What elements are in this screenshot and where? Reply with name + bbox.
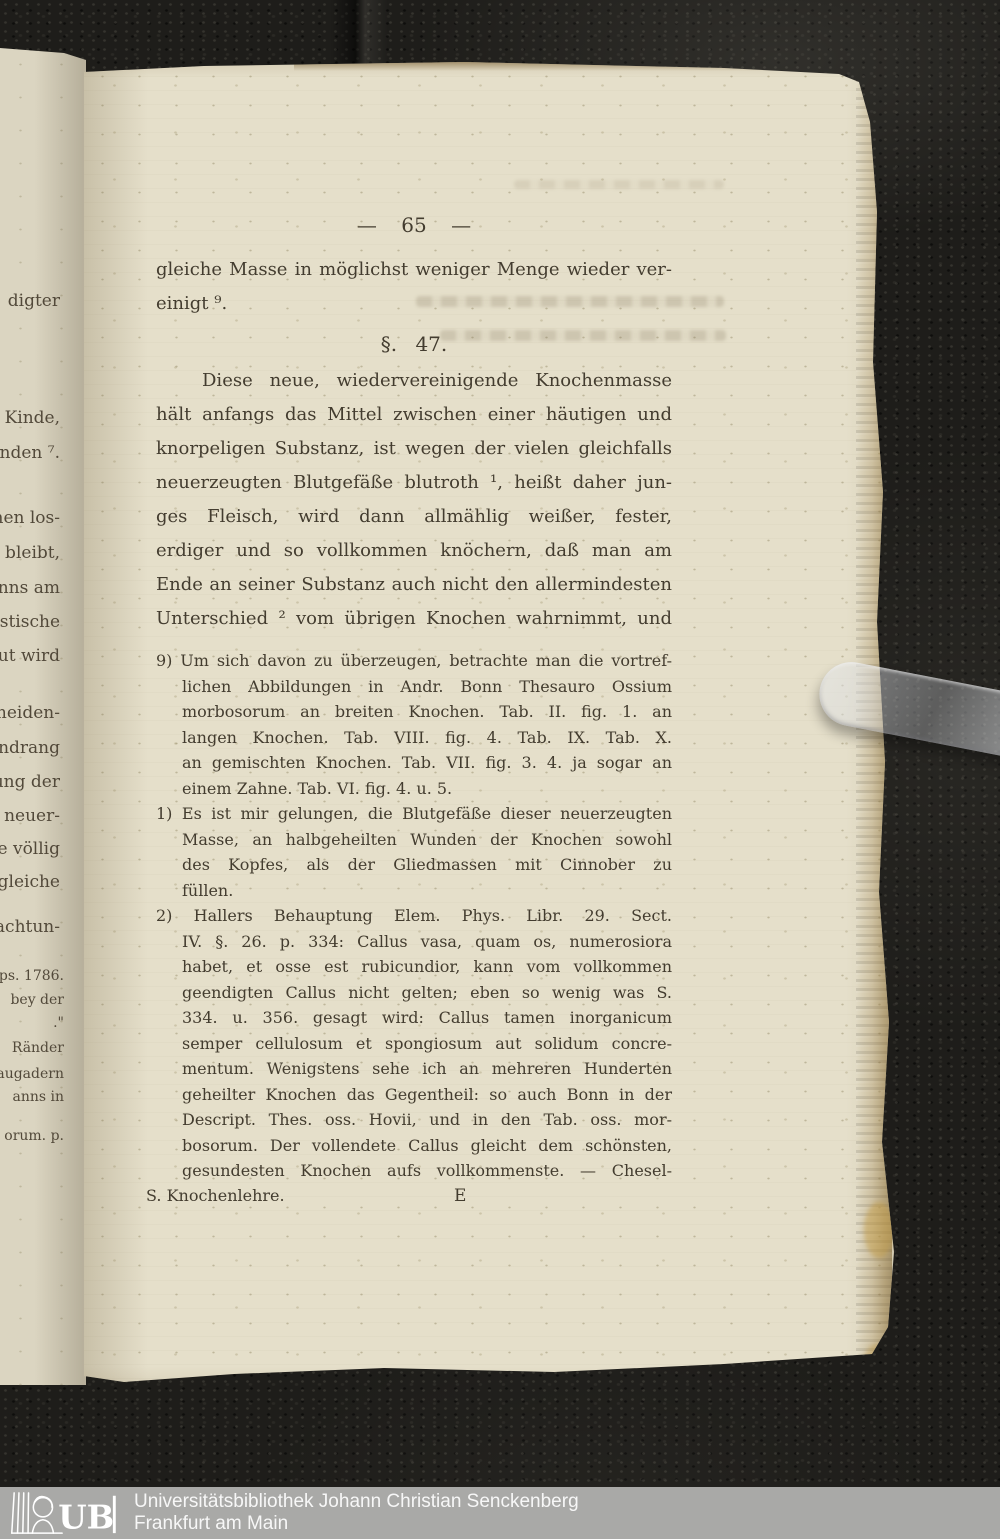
footnote-line: morbosorum an breiten Knochen. Tab. II. … [156, 699, 672, 725]
left-page-text-fragment: anns in [12, 1089, 64, 1105]
footnote-line: füllen. [156, 878, 672, 904]
left-page-text-fragment: zufinden ⁷. [0, 443, 60, 463]
body-text-line: Ende an seiner Substanz auch nicht den a… [156, 568, 672, 602]
footnote-line: Descript. Thes. oss. Hovii, und in den T… [156, 1107, 672, 1133]
text-column: — 65 — gleiche Masse in möglichst wenige… [156, 212, 672, 1214]
library-name: Universitätsbibliothek Johann Christian … [134, 1491, 579, 1513]
footnote-line: gesundesten Knochen aufs vollkommenste. … [156, 1158, 672, 1184]
footnote-line: 9) Um sich davon zu überzeugen, betracht… [156, 648, 672, 674]
footnote-line: 334. u. 356. gesagt wird: Callus tamen i… [156, 1005, 672, 1031]
left-page-text-fragment: hneiden- [0, 703, 60, 723]
left-page-text-fragment: gleiche [0, 872, 60, 892]
signature-mark: E [454, 1186, 466, 1206]
body-text-line: ges Fleisch, wird dann allmählig weißer,… [156, 500, 672, 534]
footnote-line: semper cellulosum et spongiosum aut soli… [156, 1031, 672, 1057]
library-banner: UB Universitätsbibliothek Johann Christi… [0, 1487, 1000, 1539]
footnote-line: einem Zahne. Tab. VI. fig. 4. u. 5. [156, 776, 672, 802]
body-text-line: erdiger und so vollkommen knöchern, daß … [156, 534, 672, 568]
main-paragraph: Diese neue, wiedervereinigende Knochenma… [156, 364, 672, 636]
footnote-line: an gemischten Knochen. Tab. VII. fig. 3.… [156, 750, 672, 776]
footnotes: 9) Um sich davon zu überzeugen, betracht… [156, 648, 672, 1184]
footnote-line: IV. §. 26. p. 334: Callus vasa, quam os,… [156, 929, 672, 955]
banner-text: Universitätsbibliothek Johann Christian … [134, 1491, 579, 1535]
left-page-text-fragment: ps. 1786. [0, 968, 64, 984]
body-text-line: Diese neue, wiedervereinigende Knochenma… [156, 364, 672, 398]
body-text-line: neuerzeugten Blutgefäße blutroth ¹, heiß… [156, 466, 672, 500]
footnote-line: geheilter Knochen das Gegentheil: so auc… [156, 1082, 672, 1108]
left-page-text-fragment: ckt bleibt, [0, 543, 60, 563]
footnote-line: bosorum. Der vollendete Callus gleicht d… [156, 1133, 672, 1159]
closing-row: S. Knochenlehre. E [156, 1186, 672, 1214]
leather-crease [330, 0, 394, 66]
footnote-line: 2) Hallers Behauptung Elem. Phys. Libr. … [156, 903, 672, 929]
left-page-text-fragment: aut wird [0, 646, 60, 666]
footnote-line: Masse, an halbgeheilten Wunden der Knoch… [156, 827, 672, 853]
left-page-text-fragment: bey der [10, 992, 64, 1008]
body-text-line: hält anfangs das Mittel zwischen einer h… [156, 398, 672, 432]
page-top-edge [294, 62, 886, 71]
footnote-line: lichen Abbildungen in Andr. Bonn Thesaur… [156, 674, 672, 700]
logo-text: UB [58, 1497, 114, 1536]
series-note: S. Knochenlehre. [146, 1186, 285, 1205]
page-number: — 65 — [156, 212, 672, 239]
left-page-text-fragment: Ränder [12, 1040, 64, 1056]
left-page-text-fragment: ndrang [0, 738, 60, 758]
left-page-text-fragment: chen los- [0, 508, 60, 528]
paper-stain [864, 1344, 890, 1380]
section-heading: §. 47. [156, 331, 672, 358]
left-page-text-fragment: ung der [0, 772, 60, 792]
book-scan: digternen Kinde,zufinden ⁷.chen los-ckt … [0, 0, 1000, 1539]
body-text-line: knorpeligen Substanz, ist wegen der viel… [156, 432, 672, 466]
left-page-text-fragment: plastische [0, 612, 60, 632]
logo-line [12, 1493, 14, 1533]
footnote-line: habet, et osse est rubicundior, kann vom… [156, 954, 672, 980]
left-page-text-fragment: obachtun- [0, 917, 60, 937]
left-page-text-fragment: augadern [0, 1066, 64, 1082]
left-page-text-fragment: ." [53, 1015, 64, 1031]
left-page-text-fragment: digter [8, 291, 60, 311]
ub-logo: UB [8, 1490, 120, 1536]
footnote-line: mentum. Wenigstens sehe ich an mehreren … [156, 1056, 672, 1082]
left-page-text-fragment: e völlig [0, 839, 60, 859]
book-page: — 65 — gleiche Masse in möglichst wenige… [84, 62, 900, 1392]
library-city: Frankfurt am Main [134, 1513, 579, 1535]
facing-page-sliver: digternen Kinde,zufinden ⁷.chen los-ckt … [0, 48, 86, 1385]
footnote-line: 1) Es ist mir gelungen, die Blutgefäße d… [156, 801, 672, 827]
body-text-line: einigt ⁹. [156, 287, 672, 321]
body-text-line: Unterschied ² vom übrigen Knochen wahrni… [156, 602, 672, 636]
left-page-text-fragment: enns am [0, 578, 60, 598]
body-text-line: gleiche Masse in möglichst weniger Menge… [156, 253, 672, 287]
footnote-line: langen Knochen. Tab. VIII. fig. 4. Tab. … [156, 725, 672, 751]
intro-paragraph: gleiche Masse in möglichst weniger Menge… [156, 253, 672, 321]
paper-stain [864, 1202, 894, 1258]
footnote-line: des Kopfes, als der Gliedmassen mit Cinn… [156, 852, 672, 878]
left-page-text-fragment: orum. p. [4, 1128, 64, 1144]
ink-showthrough [514, 180, 724, 189]
left-page-text-fragment: nen Kinde, [0, 408, 60, 428]
left-page-text-fragment: ) neuer- [0, 806, 60, 826]
footnote-line: geendigten Callus nicht gelten; eben so … [156, 980, 672, 1006]
